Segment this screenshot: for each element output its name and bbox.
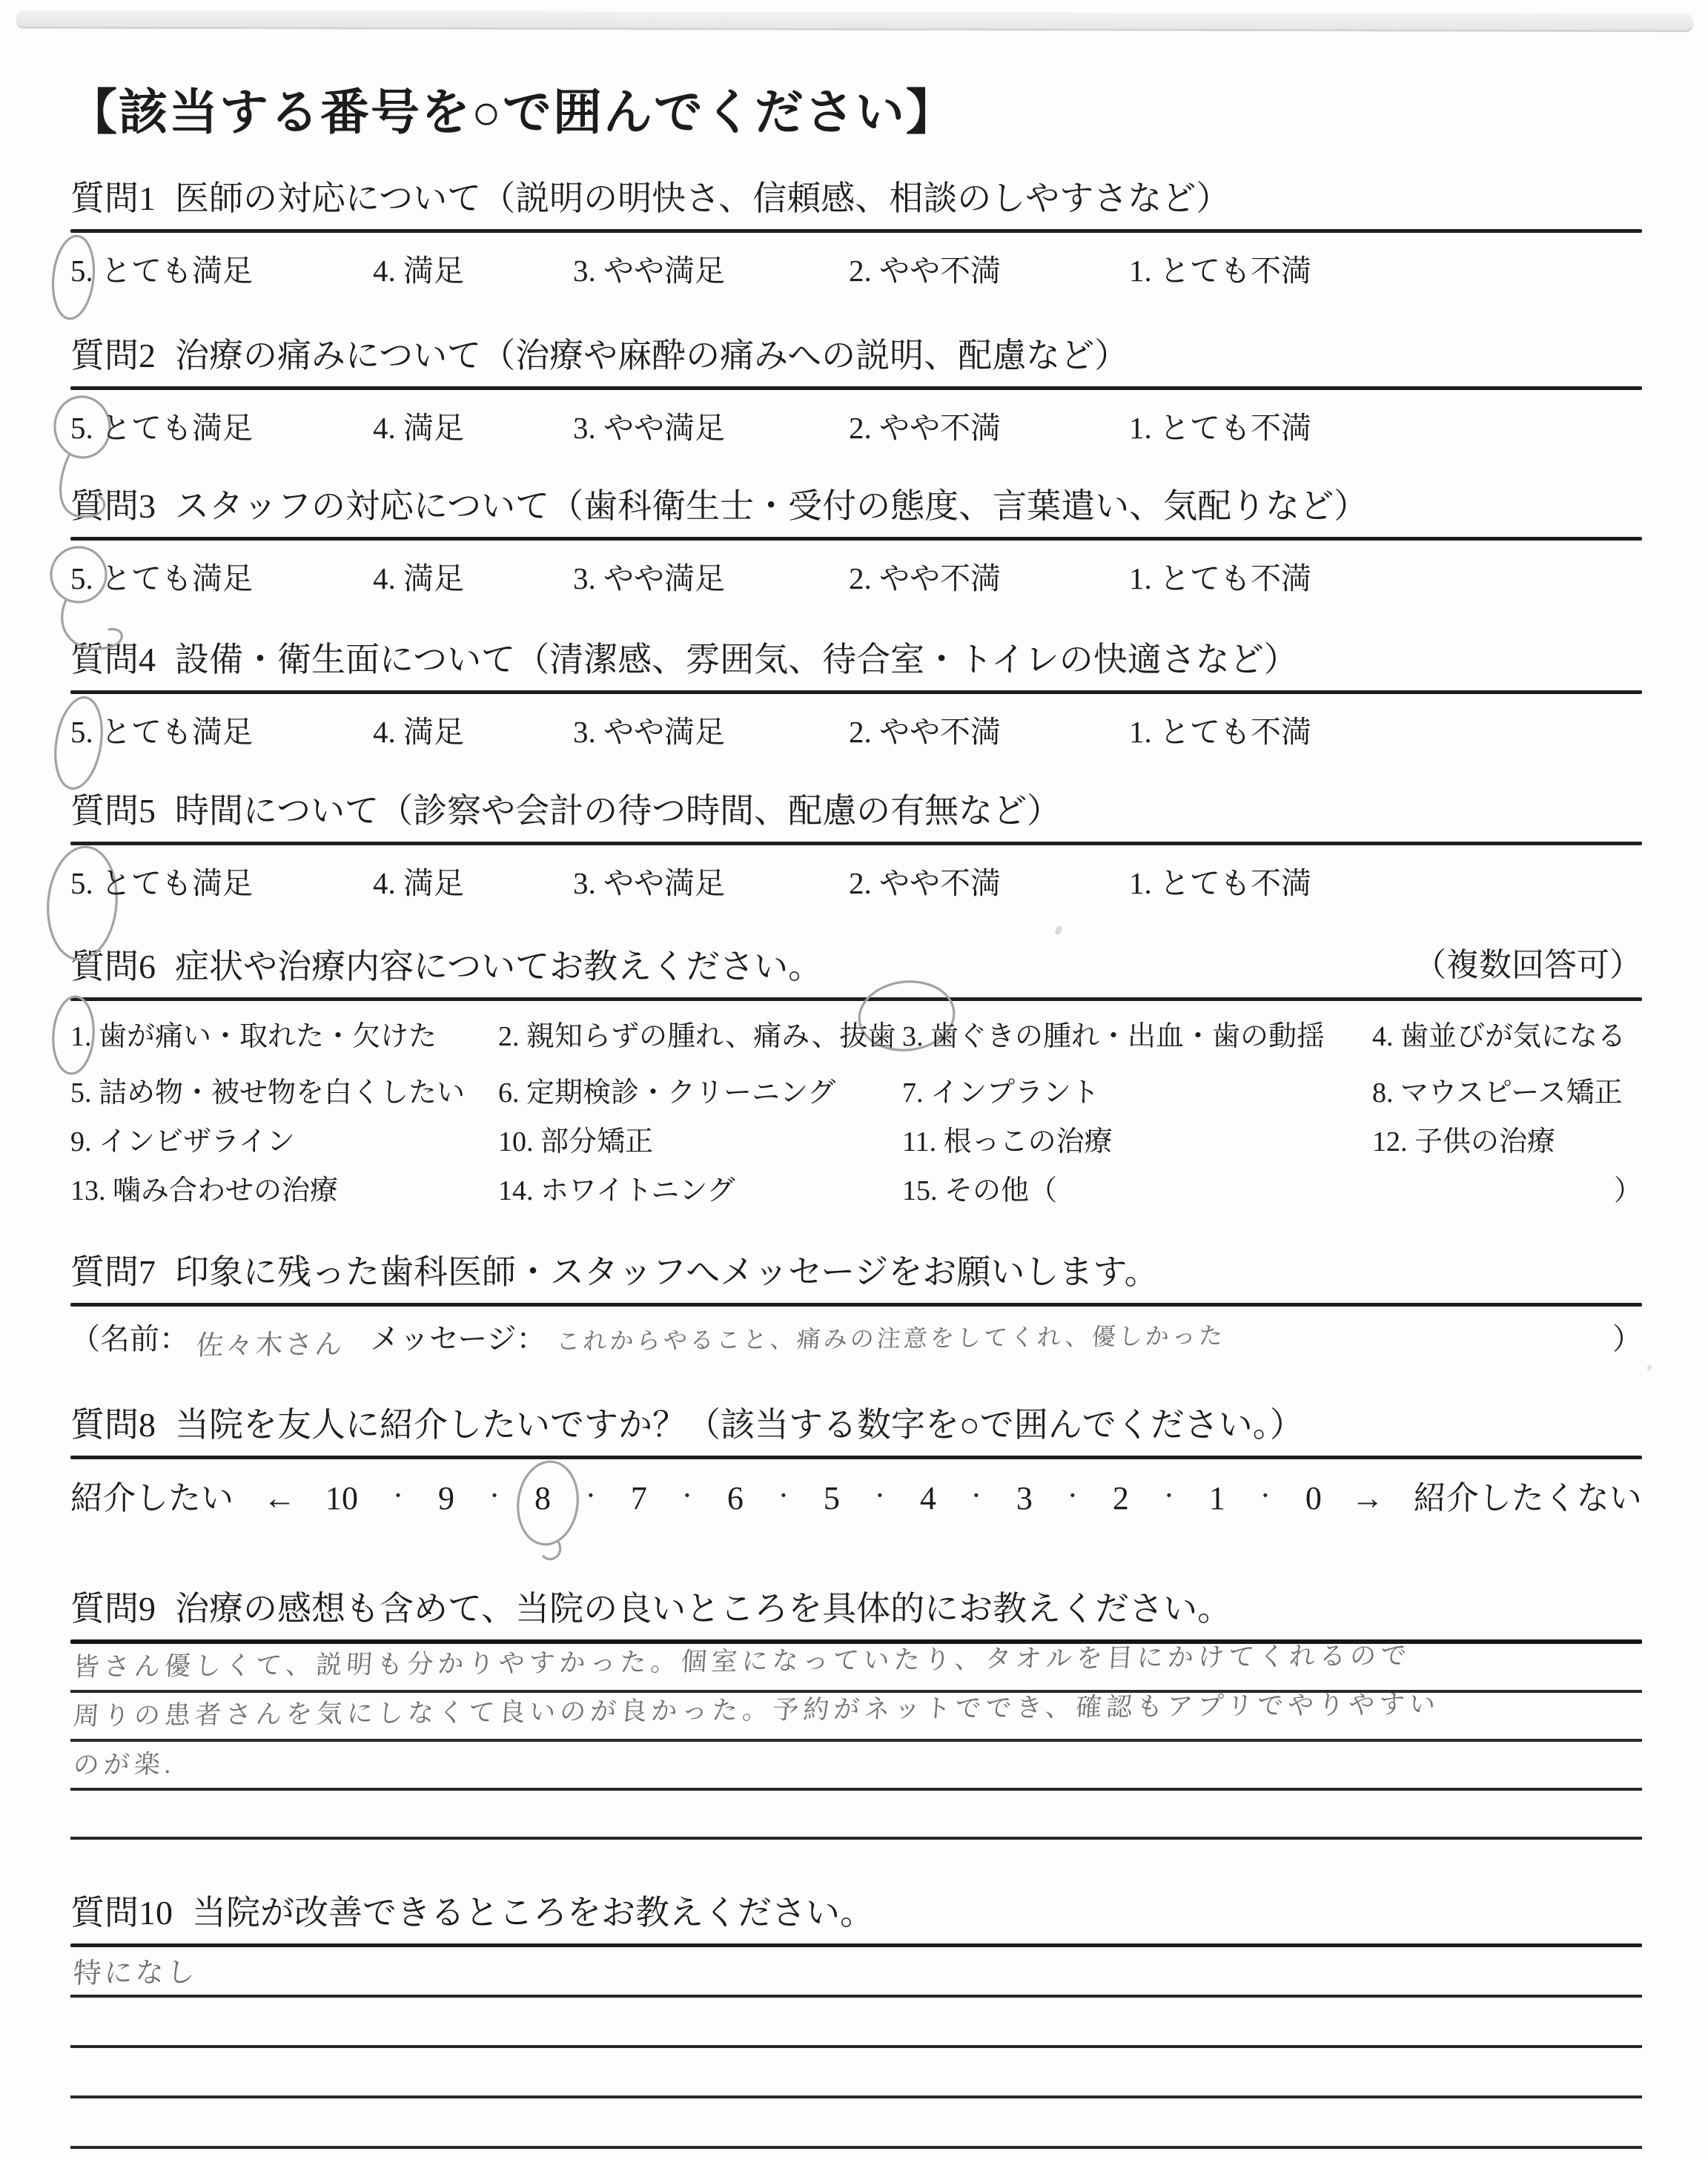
option-somewhat-dissatisfied: 2. やや不満 bbox=[849, 707, 1001, 751]
q6-item-9: 9. インビザライン bbox=[70, 1118, 295, 1159]
option-somewhat-satisfied: 3. やや満足 bbox=[573, 859, 725, 902]
scale-1: 1 bbox=[1209, 1479, 1225, 1517]
question-7-label: 質問7 bbox=[70, 1253, 156, 1291]
option-satisfied: 4. 満足 bbox=[373, 403, 464, 447]
question-10-title: 当院が改善できるところをお教えください。 bbox=[192, 1894, 874, 1932]
question-2-title: 治療の痛みについて（治療や麻酔の痛みへの説明、配慮など） bbox=[175, 337, 1128, 374]
option-somewhat-satisfied: 3. やや満足 bbox=[573, 554, 725, 598]
question-7-answer-line: （名前： 佐々木さん メッセージ： これからやること、痛みの注意をしてくれ、優し… bbox=[70, 1315, 1642, 1373]
question-10-section: 質問10当院が改善できるところをお教えください。 特になし bbox=[70, 1892, 1642, 2149]
question-5-section: 質問5時間について（診察や会計の待つ時間、配慮の有無など） 5. とても満足 4… bbox=[70, 790, 1642, 908]
question-6-title: 症状や治療内容についてお教えください。 bbox=[175, 948, 822, 985]
option-very-satisfied: 5. とても満足 bbox=[70, 246, 253, 290]
option-very-dissatisfied: 1. とても不満 bbox=[1129, 707, 1311, 751]
scan-edge-artifact bbox=[16, 10, 1693, 33]
left-arrow-icon: ← bbox=[263, 1479, 296, 1517]
multiple-answers-note: （複数回答可） bbox=[1414, 946, 1642, 985]
option-very-dissatisfied: 1. とても不満 bbox=[1129, 554, 1311, 598]
answer-line: のが楽. bbox=[70, 1742, 1642, 1791]
scale-6: 6 bbox=[727, 1479, 744, 1517]
question-8-section: 質問8当院を友人に紹介したいですか？（該当する数字を○で囲んでください。） 紹介… bbox=[70, 1404, 1642, 1519]
option-somewhat-dissatisfied: 2. やや不満 bbox=[849, 246, 1001, 290]
dot-separator: ・ bbox=[1062, 1480, 1083, 1510]
question-5-options: 5. とても満足 4. 満足 3. やや満足 2. やや不満 1. とても不満 bbox=[70, 859, 1642, 908]
q6-item-15: 15. その他（ bbox=[902, 1167, 1057, 1208]
option-somewhat-satisfied: 3. やや満足 bbox=[573, 707, 725, 751]
close-paren: ） bbox=[1612, 1315, 1642, 1358]
option-very-satisfied: 5. とても満足 bbox=[70, 403, 253, 447]
option-satisfied: 4. 満足 bbox=[373, 707, 464, 751]
dot-separator: ・ bbox=[388, 1480, 408, 1510]
q6-item-12: 12. 子供の治療 bbox=[1372, 1118, 1555, 1159]
handwritten-answer: 特になし bbox=[72, 1949, 199, 1991]
heading-rule bbox=[70, 229, 1642, 233]
scale-9: 9 bbox=[438, 1479, 454, 1517]
scale-3: 3 bbox=[1016, 1479, 1033, 1517]
pencil-circle-q5 bbox=[39, 835, 132, 983]
pencil-circle-q8 bbox=[509, 1456, 591, 1571]
nps-scale-row: 紹介したい ← 10 ・ 9 ・ 8 ・ 7 ・ 6 ・ 5 ・ 4 ・ 3 ・… bbox=[70, 1471, 1642, 1519]
q6-item-1: 1. 歯が痛い・取れた・欠けた bbox=[70, 1013, 437, 1054]
option-somewhat-dissatisfied: 2. やや不満 bbox=[849, 554, 1001, 598]
heading-rule bbox=[70, 537, 1642, 541]
scale-5: 5 bbox=[824, 1479, 840, 1517]
option-very-satisfied: 5. とても満足 bbox=[70, 554, 253, 598]
question-1-title: 医師の対応について（説明の明快さ、信頼感、相談のしやすさなど） bbox=[175, 179, 1230, 217]
q6-item-2: 2. 親知らずの腫れ、痛み、抜歯 bbox=[498, 1013, 896, 1054]
scale-left-label: 紹介したい bbox=[70, 1471, 234, 1519]
dot-separator: ・ bbox=[773, 1480, 794, 1510]
question-8-heading: 質問8当院を友人に紹介したいですか？（該当する数字を○で囲んでください。） bbox=[70, 1404, 1642, 1445]
dot-separator: ・ bbox=[484, 1480, 505, 1510]
option-very-dissatisfied: 1. とても不満 bbox=[1129, 246, 1311, 290]
question-8-title: 当院を友人に紹介したいですか？（該当する数字を○で囲んでください。） bbox=[175, 1406, 1304, 1444]
heading-rule bbox=[70, 386, 1642, 390]
q6-item-3: 3. 歯ぐきの腫れ・出血・歯の動揺 bbox=[902, 1013, 1325, 1054]
question-2-options: 5. とても満足 4. 満足 3. やや満足 2. やや不満 1. とても不満 bbox=[70, 403, 1642, 452]
question-4-options: 5. とても満足 4. 満足 3. やや満足 2. やや不満 1. とても不満 bbox=[70, 707, 1642, 756]
handwritten-name: 佐々木さん bbox=[195, 1314, 346, 1363]
option-very-satisfied: 5. とても満足 bbox=[70, 859, 253, 902]
q6-item-6: 6. 定期検診・クリーニング bbox=[498, 1069, 835, 1110]
scale-4: 4 bbox=[920, 1479, 936, 1517]
answer-line bbox=[70, 1998, 1642, 2048]
question-4-title: 設備・衛生面について（清潔感、雰囲気、待合室・トイレの快適さなど） bbox=[175, 641, 1298, 678]
scan-speck bbox=[1646, 1364, 1652, 1372]
question-7-heading: 質問7印象に残った歯科医師・スタッフへメッセージをお願いします。 bbox=[70, 1252, 1642, 1292]
heading-rule bbox=[70, 1456, 1642, 1459]
question-5-heading: 質問5時間について（診察や会計の待つ時間、配慮の有無など） bbox=[70, 790, 1642, 831]
scale-right-label: 紹介したくない bbox=[1414, 1471, 1642, 1519]
question-2-heading: 質問2治療の痛みについて（治療や麻酔の痛みへの説明、配慮など） bbox=[70, 335, 1642, 376]
scan-speck bbox=[1054, 925, 1064, 936]
handwritten-answer-line-3: のが楽. bbox=[72, 1744, 176, 1782]
form-title: 【該当する番号を○で囲んでください】 bbox=[68, 73, 956, 143]
question-10-heading: 質問10当院が改善できるところをお教えください。 bbox=[70, 1892, 1642, 1933]
question-1-section: 質問1医師の対応について（説明の明快さ、信頼感、相談のしやすさなど） 5. とて… bbox=[70, 178, 1642, 295]
option-somewhat-dissatisfied: 2. やや不満 bbox=[849, 859, 1001, 902]
q6-item-13: 13. 噛み合わせの治療 bbox=[70, 1167, 338, 1208]
question-9-label: 質問9 bbox=[70, 1590, 156, 1628]
scale-0: 0 bbox=[1305, 1479, 1322, 1517]
question-3-heading: 質問3スタッフの対応について（歯科衛生士・受付の態度、言葉遣い、気配りなど） bbox=[70, 486, 1642, 526]
q6-other-close-paren: ） bbox=[1614, 1167, 1642, 1208]
question-2-section: 質問2治療の痛みについて（治療や麻酔の痛みへの説明、配慮など） 5. とても満足… bbox=[70, 335, 1642, 452]
question-7-section: 質問7印象に残った歯科医師・スタッフへメッセージをお願いします。 （名前： 佐々… bbox=[70, 1252, 1642, 1373]
question-10-label: 質問10 bbox=[70, 1894, 173, 1932]
question-6-choices: 1. 歯が痛い・取れた・欠けた 2. 親知らずの腫れ、痛み、抜歯 3. 歯ぐきの… bbox=[70, 1013, 1642, 1212]
answer-line bbox=[70, 2048, 1642, 2098]
option-somewhat-dissatisfied: 2. やや不満 bbox=[849, 403, 1001, 447]
question-9-section: 質問9治療の感想も含めて、当院の良いところを具体的にお教えください。 皆さん優し… bbox=[70, 1588, 1642, 1840]
question-8-label: 質問8 bbox=[70, 1406, 156, 1444]
question-3-title: スタッフの対応について（歯科衛生士・受付の態度、言葉遣い、気配りなど） bbox=[175, 487, 1368, 525]
option-somewhat-satisfied: 3. やや満足 bbox=[573, 403, 725, 447]
option-very-satisfied: 5. とても満足 bbox=[70, 707, 253, 751]
scale-10: 10 bbox=[325, 1479, 358, 1517]
handwritten-message: これからやること、痛みの注意をしてくれ、優しかった bbox=[555, 1309, 1227, 1357]
heading-rule bbox=[70, 842, 1642, 845]
scale-2: 2 bbox=[1113, 1479, 1129, 1517]
dot-separator: ・ bbox=[1255, 1480, 1276, 1510]
option-satisfied: 4. 満足 bbox=[373, 246, 464, 290]
question-1-label: 質問1 bbox=[70, 179, 156, 217]
scale-8-circled: 8 bbox=[534, 1479, 551, 1517]
q6-item-8: 8. マウスピース矯正 bbox=[1372, 1069, 1622, 1110]
right-arrow-icon: → bbox=[1351, 1479, 1384, 1517]
question-1-options: 5. とても満足 4. 満足 3. やや満足 2. やや不満 1. とても不満 bbox=[70, 246, 1642, 295]
scanned-survey-page: 【該当する番号を○で囲んでください】 質問1医師の対応について（説明の明快さ、信… bbox=[0, 0, 1708, 2160]
q6-item-4: 4. 歯並びが気になる bbox=[1372, 1013, 1626, 1054]
option-somewhat-satisfied: 3. やや満足 bbox=[573, 246, 725, 290]
message-field-label: メッセージ： bbox=[370, 1315, 546, 1358]
name-field-label: （名前： bbox=[70, 1315, 189, 1358]
scale-7: 7 bbox=[631, 1479, 647, 1517]
question-2-label: 質問2 bbox=[70, 337, 156, 374]
question-5-title: 時間について（診察や会計の待つ時間、配慮の有無など） bbox=[175, 792, 1061, 830]
question-6-section: 質問6症状や治療内容についてお教えください。 （複数回答可） 1. 歯が痛い・取… bbox=[70, 946, 1642, 1212]
option-very-dissatisfied: 1. とても不満 bbox=[1129, 403, 1311, 447]
question-4-section: 質問4設備・衛生面について（清潔感、雰囲気、待合室・トイレの快適さなど） 5. … bbox=[70, 639, 1642, 756]
answer-line bbox=[70, 1791, 1642, 1840]
question-9-heading: 質問9治療の感想も含めて、当院の良いところを具体的にお教えください。 bbox=[70, 1588, 1642, 1629]
heading-rule bbox=[70, 1303, 1642, 1307]
question-3-options: 5. とても満足 4. 満足 3. やや満足 2. やや不満 1. とても不満 bbox=[70, 554, 1642, 603]
question-3-section: 質問3スタッフの対応について（歯科衛生士・受付の態度、言葉遣い、気配りなど） 5… bbox=[70, 486, 1642, 603]
heading-rule bbox=[70, 690, 1642, 694]
dot-separator: ・ bbox=[870, 1480, 890, 1510]
dot-separator: ・ bbox=[1159, 1480, 1179, 1510]
question-1-heading: 質問1医師の対応について（説明の明快さ、信頼感、相談のしやすさなど） bbox=[70, 178, 1642, 219]
dot-separator: ・ bbox=[677, 1480, 698, 1510]
q6-item-10: 10. 部分矯正 bbox=[498, 1118, 653, 1159]
question-4-heading: 質問4設備・衛生面について（清潔感、雰囲気、待合室・トイレの快適さなど） bbox=[70, 639, 1642, 680]
question-9-title: 治療の感想も含めて、当院の良いところを具体的にお教えください。 bbox=[175, 1590, 1231, 1628]
option-very-dissatisfied: 1. とても不満 bbox=[1129, 859, 1311, 902]
question-7-title: 印象に残った歯科医師・スタッフへメッセージをお願いします。 bbox=[175, 1253, 1159, 1291]
option-satisfied: 4. 満足 bbox=[373, 859, 464, 902]
q6-item-7: 7. インプラント bbox=[902, 1069, 1099, 1110]
q6-item-5: 5. 詰め物・被せ物を白くしたい bbox=[70, 1069, 465, 1110]
q6-item-11: 11. 根っこの治療 bbox=[902, 1118, 1113, 1159]
dot-separator: ・ bbox=[966, 1480, 987, 1510]
q6-item-14: 14. ホワイトニング bbox=[498, 1167, 735, 1208]
answer-line bbox=[70, 2098, 1642, 2149]
option-satisfied: 4. 満足 bbox=[373, 554, 464, 598]
answer-line: 周りの患者さんを気にしなくて良いのが良かった。予約がネットででき、確認もアプリで… bbox=[70, 1693, 1642, 1742]
answer-line: 特になし bbox=[70, 1947, 1642, 1998]
